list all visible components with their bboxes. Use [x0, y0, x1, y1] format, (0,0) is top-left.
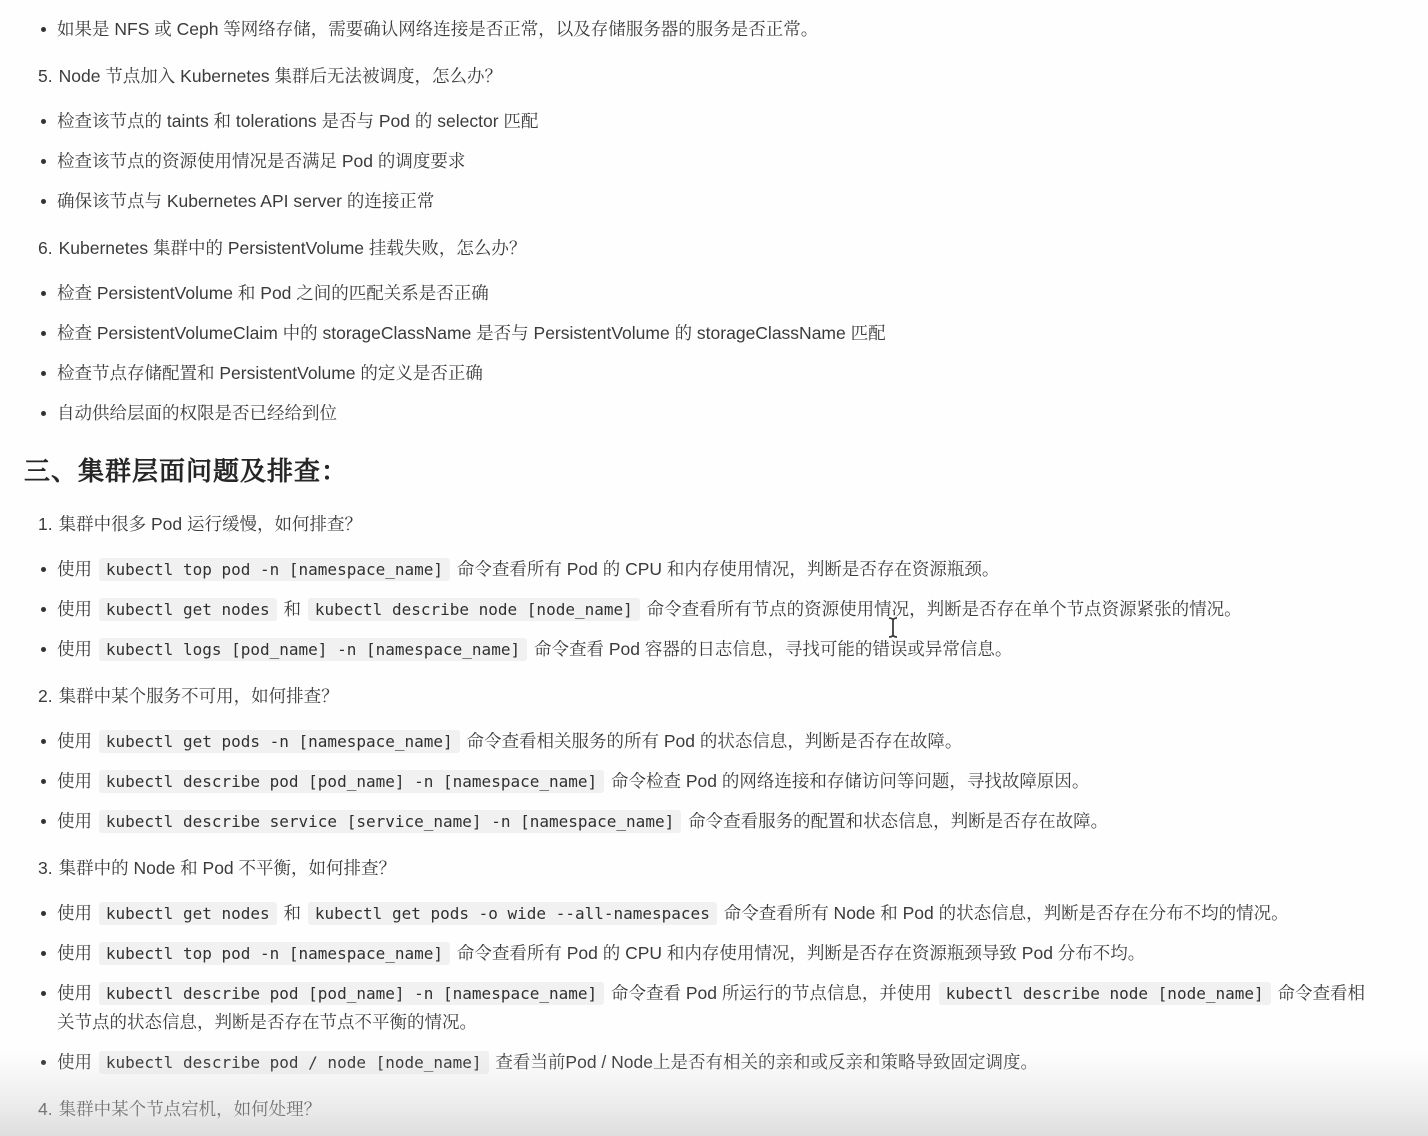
- list-item-text: 自动供给层面的权限是否已经给到位: [57, 403, 337, 423]
- question-text: 集群中某个节点宕机，如何处理？: [59, 1099, 322, 1119]
- bullet-icon: [41, 567, 46, 572]
- list-item: 检查该节点的资源使用情况是否满足 Pod 的调度要求: [38, 147, 1370, 176]
- bullet-icon: [41, 411, 46, 416]
- list-item-text: 命令查看所有 Node 和 Pod 的状态信息，判断是否存在分布不均的情况。: [719, 903, 1289, 923]
- list-item-text: 使用: [57, 599, 97, 619]
- bullet-icon: [41, 647, 46, 652]
- list-item-text: 命令查看所有 Pod 的 CPU 和内存使用情况，判断是否存在资源瓶颈。: [452, 559, 999, 579]
- bullet-icon: [41, 779, 46, 784]
- list-item-text: 使用: [57, 983, 97, 1003]
- question-number: 6.: [38, 238, 53, 258]
- list-item-text: 和: [279, 599, 306, 619]
- question-number: 1.: [38, 514, 53, 534]
- question-text: 集群中的 Node 和 Pod 不平衡，如何排查？: [59, 858, 396, 878]
- question-text: 集群中某个服务不可用，如何排查？: [59, 686, 339, 706]
- list-item: 确保该节点与 Kubernetes API server 的连接正常: [38, 187, 1370, 216]
- list-item-text: 使用: [57, 1052, 97, 1072]
- list-item-text: 和: [279, 903, 306, 923]
- list-item: 检查节点存储配置和 PersistentVolume 的定义是否正确: [38, 359, 1370, 388]
- question-number: 5.: [38, 66, 53, 86]
- list-item-text: 检查 PersistentVolume 和 Pod 之间的匹配关系是否正确: [57, 283, 489, 303]
- inline-code: kubectl describe node [node_name]: [308, 598, 640, 621]
- question-text: Kubernetes 集群中的 PersistentVolume 挂载失败，怎么…: [59, 238, 527, 258]
- list-item-text: 命令查看所有 Pod 的 CPU 和内存使用情况，判断是否存在资源瓶颈导致 Po…: [452, 943, 1145, 963]
- question-text: Node 节点加入 Kubernetes 集群后无法被调度，怎么办？: [59, 66, 502, 86]
- bullet-icon: [41, 739, 46, 744]
- section-heading: 三、集群层面问题及排查：: [24, 453, 1370, 489]
- inline-code: kubectl get pods -o wide --all-namespace…: [308, 902, 717, 925]
- question-text: 集群中很多 Pod 运行缓慢，如何排查？: [59, 514, 362, 534]
- inline-code: kubectl logs [pod_name] -n [namespace_na…: [99, 638, 527, 661]
- list-item: 使用 kubectl logs [pod_name] -n [namespace…: [38, 635, 1370, 664]
- bullet-icon: [41, 951, 46, 956]
- bullet-icon: [41, 819, 46, 824]
- list-item: 使用 kubectl get nodes 和 kubectl describe …: [38, 595, 1370, 624]
- list-item-text: 命令查看 Pod 容器的日志信息，寻找可能的错误或异常信息。: [529, 639, 1012, 659]
- list-item: 使用 kubectl describe service [service_nam…: [38, 807, 1370, 836]
- inline-code: kubectl describe service [service_name] …: [99, 810, 681, 833]
- question-number: 3.: [38, 858, 53, 878]
- inline-code: kubectl top pod -n [namespace_name]: [99, 942, 450, 965]
- list-item: 使用 kubectl get pods -n [namespace_name] …: [38, 727, 1370, 756]
- document-content: 如果是 NFS 或 Ceph 等网络存储，需要确认网络连接是否正常，以及存储服务…: [0, 0, 1428, 1136]
- inline-code: kubectl get nodes: [99, 598, 277, 621]
- list-item: 使用 kubectl describe pod / node [node_nam…: [38, 1048, 1370, 1077]
- bullet-icon: [41, 159, 46, 164]
- inline-code: kubectl describe pod / node [node_name]: [99, 1051, 489, 1074]
- inline-code: kubectl describe pod [pod_name] -n [name…: [99, 770, 604, 793]
- list-item: 使用 kubectl top pod -n [namespace_name] 命…: [38, 939, 1370, 968]
- list-item: 如果是 NFS 或 Ceph 等网络存储，需要确认网络连接是否正常，以及存储服务…: [38, 15, 1370, 44]
- list-item-text: 查看当前Pod / Node上是否有相关的亲和或反亲和策略导致固定调度。: [491, 1052, 1038, 1072]
- question-item: 3.集群中的 Node 和 Pod 不平衡，如何排查？: [38, 854, 1370, 883]
- list-item-text: 使用: [57, 943, 97, 963]
- list-item-text: 检查 PersistentVolumeClaim 中的 storageClass…: [57, 323, 886, 343]
- bullet-icon: [41, 607, 46, 612]
- list-item: 检查 PersistentVolume 和 Pod 之间的匹配关系是否正确: [38, 279, 1370, 308]
- list-item-text: 检查节点存储配置和 PersistentVolume 的定义是否正确: [57, 363, 483, 383]
- list-item-text: 使用: [57, 903, 97, 923]
- inline-code: kubectl get pods -n [namespace_name]: [99, 730, 460, 753]
- list-item-text: 使用: [57, 731, 97, 751]
- inline-code: kubectl get nodes: [99, 902, 277, 925]
- list-item: 使用 kubectl get nodes 和 kubectl get pods …: [38, 899, 1370, 928]
- list-item: 使用 kubectl top pod -n [namespace_name] 命…: [38, 555, 1370, 584]
- list-item: 使用 kubectl describe pod [pod_name] -n [n…: [38, 979, 1370, 1037]
- list-item-text: 如果是 NFS 或 Ceph 等网络存储，需要确认网络连接是否正常，以及存储服务…: [57, 19, 818, 39]
- bullet-icon: [41, 371, 46, 376]
- list-item-text: 使用: [57, 771, 97, 791]
- list-item-text: 命令查看相关服务的所有 Pod 的状态信息，判断是否存在故障。: [462, 731, 963, 751]
- list-item-text: 命令查看 Pod 所运行的节点信息，并使用: [606, 983, 937, 1003]
- list-item: 检查该节点的 taints 和 tolerations 是否与 Pod 的 se…: [38, 107, 1370, 136]
- list-item-text: 确保该节点与 Kubernetes API server 的连接正常: [57, 191, 434, 211]
- list-item-text: 命令查看服务的配置和状态信息，判断是否存在故障。: [683, 811, 1108, 831]
- bullet-icon: [41, 1060, 46, 1065]
- inline-code: kubectl top pod -n [namespace_name]: [99, 558, 450, 581]
- list-item: 自动供给层面的权限是否已经给到位: [38, 399, 1370, 428]
- list-item-text: 命令检查 Pod 的网络连接和存储访问等问题，寻找故障原因。: [606, 771, 1089, 791]
- inline-code: kubectl describe node [node_name]: [939, 982, 1271, 1005]
- bullet-icon: [41, 291, 46, 296]
- bullet-icon: [41, 991, 46, 996]
- list-item-text: 检查该节点的 taints 和 tolerations 是否与 Pod 的 se…: [57, 111, 538, 131]
- question-item: 4.集群中某个节点宕机，如何处理？: [38, 1095, 1370, 1124]
- list-item: 使用 kubectl describe pod [pod_name] -n [n…: [38, 767, 1370, 796]
- question-item: 1.集群中很多 Pod 运行缓慢，如何排查？: [38, 510, 1370, 539]
- bullet-icon: [41, 27, 46, 32]
- list-item-text: 使用: [57, 811, 97, 831]
- bullet-icon: [41, 199, 46, 204]
- list-item: 检查 PersistentVolumeClaim 中的 storageClass…: [38, 319, 1370, 348]
- bullet-icon: [41, 911, 46, 916]
- question-item: 2.集群中某个服务不可用，如何排查？: [38, 682, 1370, 711]
- bullet-icon: [41, 119, 46, 124]
- inline-code: kubectl describe pod [pod_name] -n [name…: [99, 982, 604, 1005]
- list-item-text: 使用: [57, 559, 97, 579]
- list-item-text: 使用: [57, 639, 97, 659]
- bullet-icon: [41, 331, 46, 336]
- question-number: 2.: [38, 686, 53, 706]
- question-item: 5.Node 节点加入 Kubernetes 集群后无法被调度，怎么办？: [38, 62, 1370, 91]
- list-item-text: 检查该节点的资源使用情况是否满足 Pod 的调度要求: [57, 151, 465, 171]
- list-item-text: 命令查看所有节点的资源使用情况，判断是否存在单个节点资源紧张的情况。: [642, 599, 1242, 619]
- question-number: 4.: [38, 1099, 53, 1119]
- section-heading-text: 三、集群层面问题及排查：: [24, 456, 348, 486]
- question-item: 6.Kubernetes 集群中的 PersistentVolume 挂载失败，…: [38, 234, 1370, 263]
